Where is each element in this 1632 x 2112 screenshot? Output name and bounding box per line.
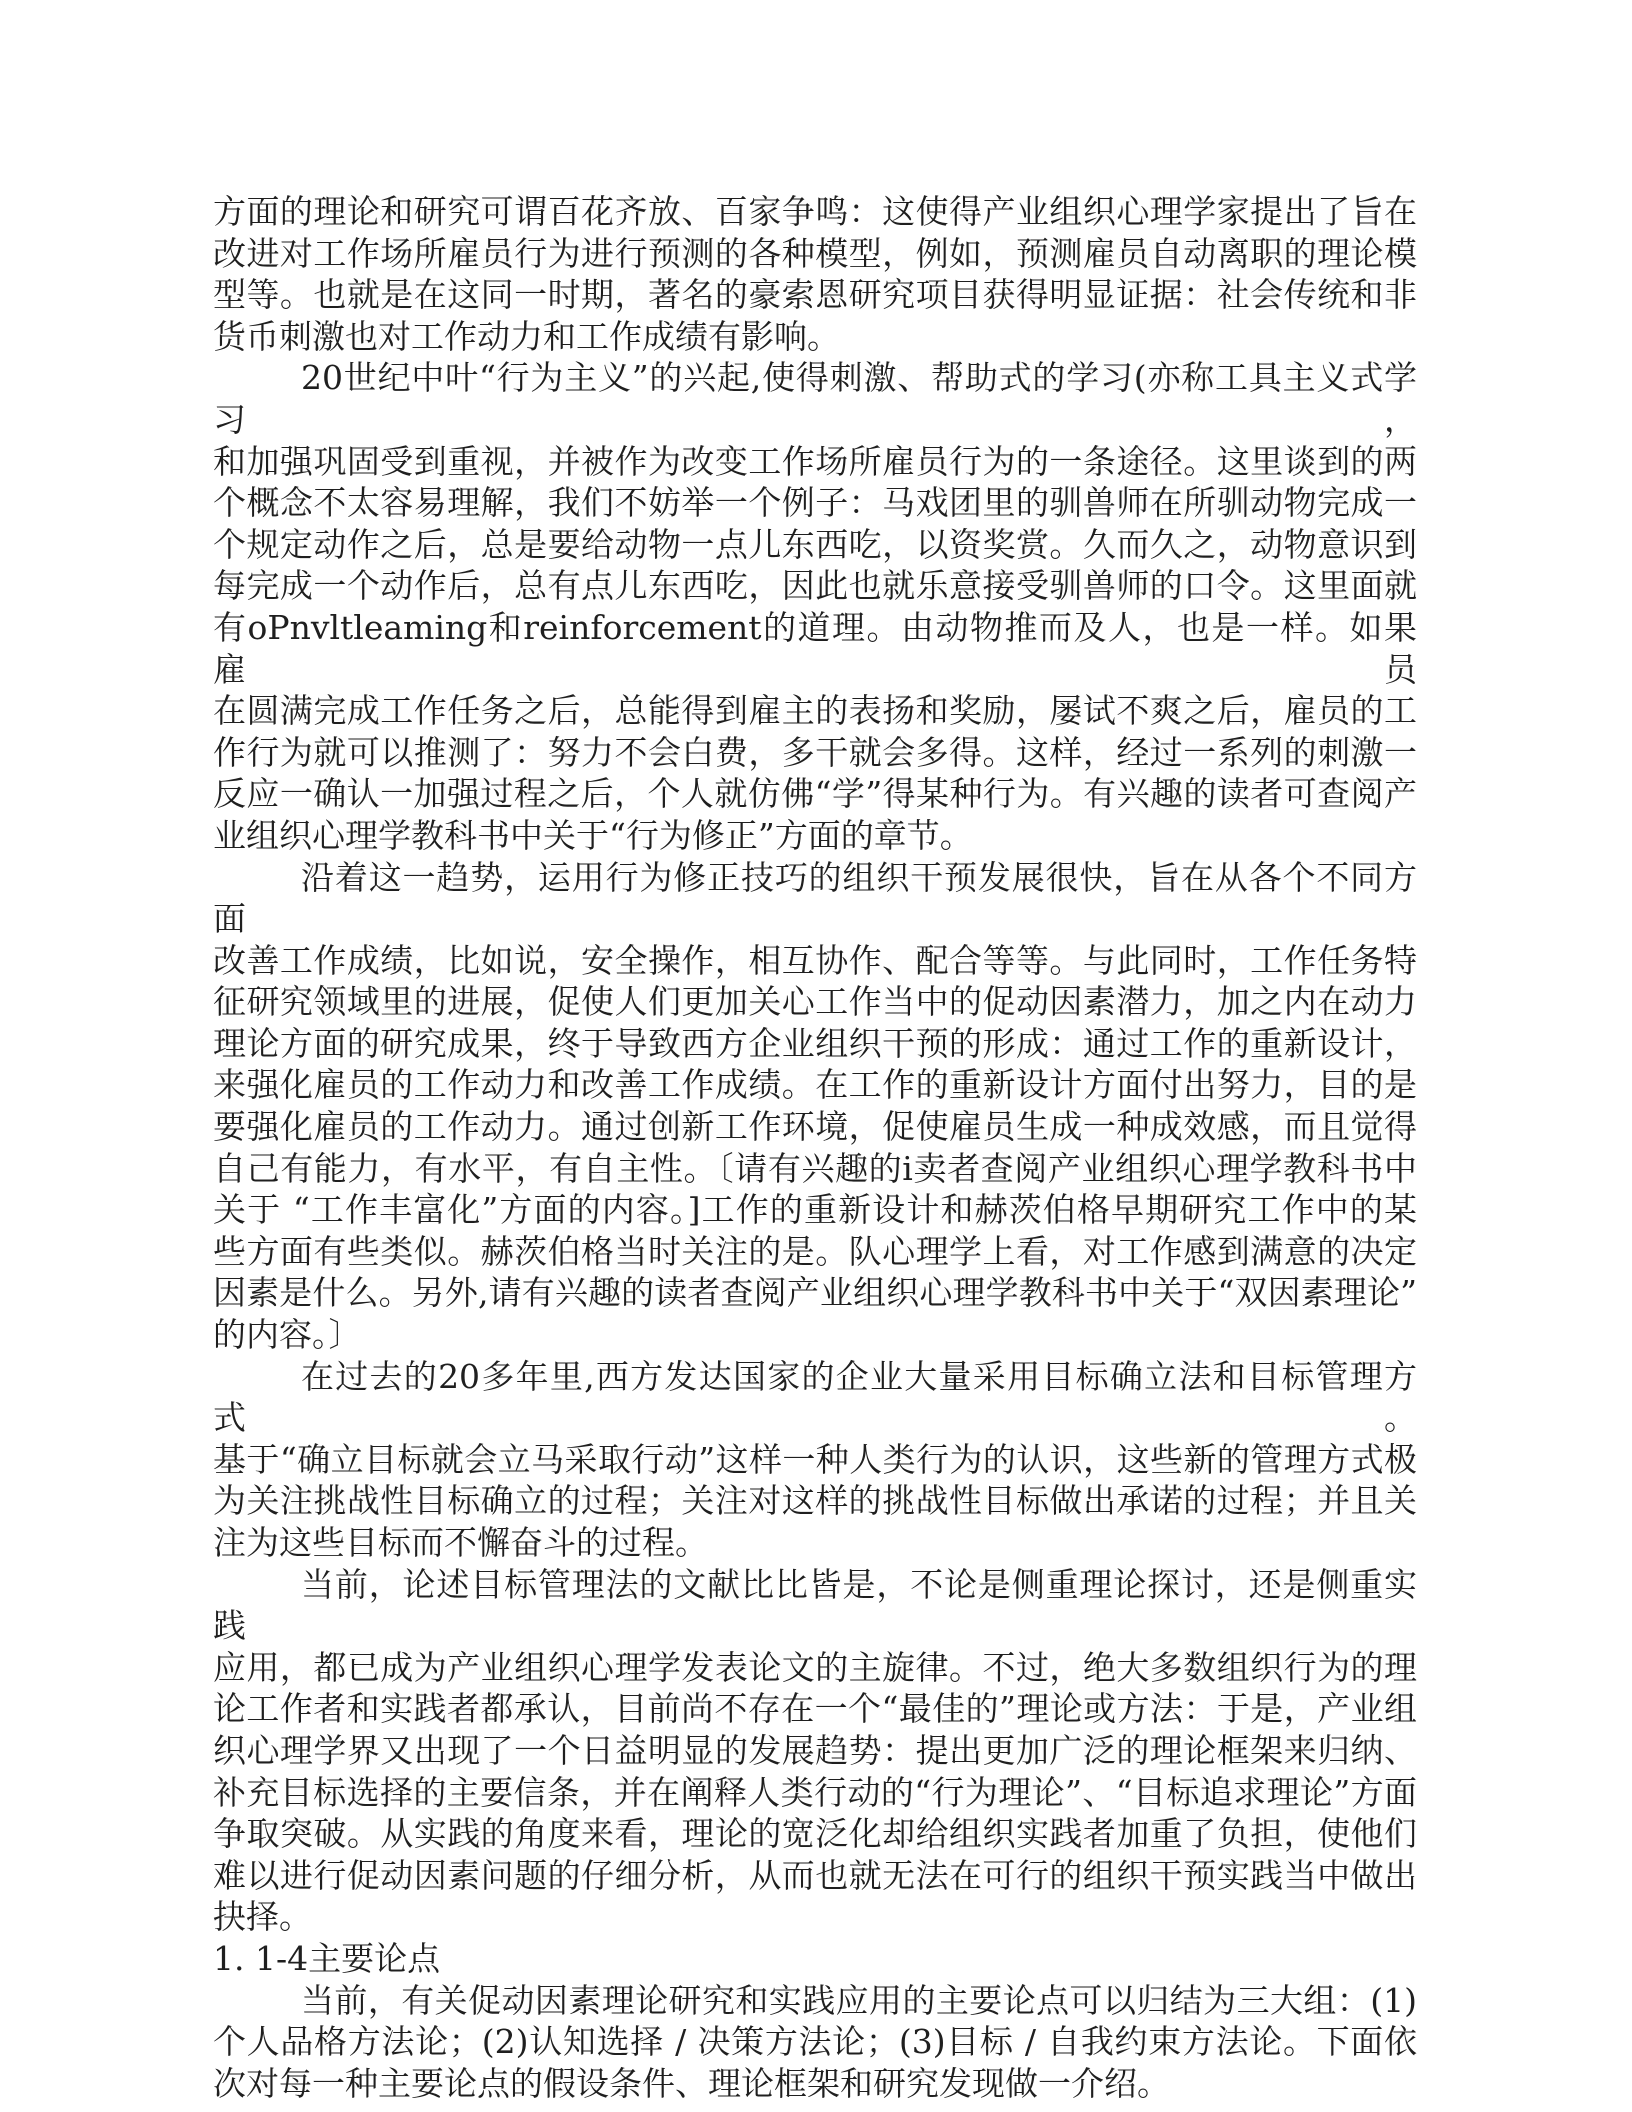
text-line: 因素是什么。另外,请有兴趣的读者查阅产业组织心理学教科书中关于“双因素理论” <box>213 1272 1417 1314</box>
text-line: 为关注挑战性目标确立的过程；关注对这样的挑战性目标做出承诺的过程；并且关 <box>213 1480 1417 1522</box>
text-line: 理论方面的研究成果，终于导致西方企业组织干预的形成：通过工作的重新设计， <box>213 1023 1417 1065</box>
text-line: 征研究领域里的进展，促使人们更加关心工作当中的促动因素潜力，加之内在动力 <box>213 981 1417 1023</box>
text-line: 每完成一个动作后，总有点儿东西吃，因此也就乐意接受驯兽师的口令。这里面就 <box>213 565 1417 607</box>
text-line: 个概念不太容易理解，我们不妨举一个例子：马戏团里的驯兽师在所驯动物完成一 <box>213 482 1417 524</box>
text-line: 沿着这一趋势，运用行为修正技巧的组织干预发展很快，旨在从各个不同方面 <box>213 857 1417 940</box>
text-line: 货币刺激也对工作动力和工作成绩有影响。 <box>213 316 1417 358</box>
text-line: 改进对工作场所雇员行为进行预测的各种模型，例如，预测雇员自动离职的理论模 <box>213 233 1417 275</box>
paragraph: 方面的理论和研究可谓百花齐放、百家争鸣：这使得产业组织心理学家提出了旨在改进对工… <box>213 191 1417 357</box>
document-page: 方面的理论和研究可谓百花齐放、百家争鸣：这使得产业组织心理学家提出了旨在改进对工… <box>0 0 1632 2112</box>
text-line: 改善工作成绩，比如说，安全操作，相互协作、配合等等。与此同时，工作任务特 <box>213 940 1417 982</box>
text-line: 有oPnvltleaming和reinforcement的道理。由动物推而及人，… <box>213 607 1417 690</box>
text-line: 方面的理论和研究可谓百花齐放、百家争鸣：这使得产业组织心理学家提出了旨在 <box>213 191 1417 233</box>
text-line: 在过去的20多年里,西方发达国家的企业大量采用目标确立法和目标管理方式。 <box>213 1356 1417 1439</box>
text-line: 要强化雇员的工作动力。通过创新工作环境，促使雇员生成一种成效感，而且觉得 <box>213 1106 1417 1148</box>
text-line: 抉择。 <box>213 1896 1417 1938</box>
paragraph: 当前，有关促动因素理论研究和实践应用的主要论点可以归结为三大组：(1)个人品格方… <box>213 1980 1417 2105</box>
text-line: 来强化雇员的工作动力和改善工作成绩。在工作的重新设计方面付出努力，目的是 <box>213 1064 1417 1106</box>
paragraph: 20世纪中叶“行为主义”的兴起,使得刺激、帮助式的学习(亦称工具主义式学习，和加… <box>213 357 1417 856</box>
text-line: 次对每一种主要论点的假设条件、理论框架和研究发现做一介绍。 <box>213 2063 1417 2105</box>
text-line: 当前，有关促动因素理论研究和实践应用的主要论点可以归结为三大组：(1) <box>213 1980 1417 2022</box>
text-line: 个规定动作之后，总是要给动物一点儿东西吃，以资奖赏。久而久之，动物意识到 <box>213 524 1417 566</box>
text-line: 论工作者和实践者都承认，目前尚不存在一个“最佳的”理论或方法：于是，产业组 <box>213 1688 1417 1730</box>
text-line: 争取突破。从实践的角度来看，理论的宽泛化却给组织实践者加重了负担，使他们 <box>213 1813 1417 1855</box>
section-heading: 1. 1-4主要论点 <box>213 1938 1417 1980</box>
text-line: 和加强巩固受到重视，并被作为改变工作场所雇员行为的一条途径。这里谈到的两 <box>213 441 1417 483</box>
text-line: 注为这些目标而不懈奋斗的过程。 <box>213 1522 1417 1564</box>
text-block: 方面的理论和研究可谓百花齐放、百家争鸣：这使得产业组织心理学家提出了旨在改进对工… <box>213 191 1417 2104</box>
text-line: 基于“确立目标就会立马采取行动”这样一种人类行为的认识，这些新的管理方式极 <box>213 1439 1417 1481</box>
text-line: 在圆满完成工作任务之后，总能得到雇主的表扬和奖励，屡试不爽之后，雇员的工 <box>213 690 1417 732</box>
text-line: 当前，论述目标管理法的文献比比皆是，不论是侧重理论探讨，还是侧重实践 <box>213 1564 1417 1647</box>
text-line: 自己有能力，有水平，有自主性。〔请有兴趣的i卖者查阅产业组织心理学教科书中 <box>213 1148 1417 1190</box>
text-line: 些方面有些类似。赫茨伯格当时关注的是。队心理学上看，对工作感到满意的决定 <box>213 1231 1417 1273</box>
text-line: 20世纪中叶“行为主义”的兴起,使得刺激、帮助式的学习(亦称工具主义式学习， <box>213 357 1417 440</box>
text-line: 个人品格方法论；(2)认知选择 / 决策方法论；(3)目标 / 自我约束方法论。… <box>213 2021 1417 2063</box>
text-line: 作行为就可以推测了：努力不会白费，多干就会多得。这样，经过一系列的刺激一 <box>213 732 1417 774</box>
paragraph: 在过去的20多年里,西方发达国家的企业大量采用目标确立法和目标管理方式。基于“确… <box>213 1356 1417 1564</box>
text-line: 织心理学界又出现了一个日益明显的发展趋势：提出更加广泛的理论框架来归纳、 <box>213 1730 1417 1772</box>
paragraph: 当前，论述目标管理法的文献比比皆是，不论是侧重理论探讨，还是侧重实践应用，都已成… <box>213 1564 1417 1938</box>
text-line: 关于 “工作丰富化”方面的内容。]工作的重新设计和赫茨伯格早期研究工作中的某 <box>213 1189 1417 1231</box>
text-line: 反应一确认一加强过程之后，个人就仿佛“学”得某种行为。有兴趣的读者可查阅产 <box>213 773 1417 815</box>
text-line: 型等。也就是在这同一时期，著名的豪索恩研究项目获得明显证据：社会传统和非 <box>213 274 1417 316</box>
text-line: 补充目标选择的主要信条，并在阐释人类行动的“行为理论”、“目标追求理论”方面 <box>213 1772 1417 1814</box>
text-line: 的内容。〕 <box>213 1314 1417 1356</box>
heading-line: 1. 1-4主要论点 <box>213 1938 1417 1980</box>
paragraph: 沿着这一趋势，运用行为修正技巧的组织干预发展很快，旨在从各个不同方面改善工作成绩… <box>213 857 1417 1356</box>
text-line: 难以进行促动因素问题的仔细分析，从而也就无法在可行的组织干预实践当中做出 <box>213 1855 1417 1897</box>
text-line: 业组织心理学教科书中关于“行为修正”方面的章节。 <box>213 815 1417 857</box>
text-line: 应用，都已成为产业组织心理学发表论文的主旋律。不过，绝大多数组织行为的理 <box>213 1647 1417 1689</box>
